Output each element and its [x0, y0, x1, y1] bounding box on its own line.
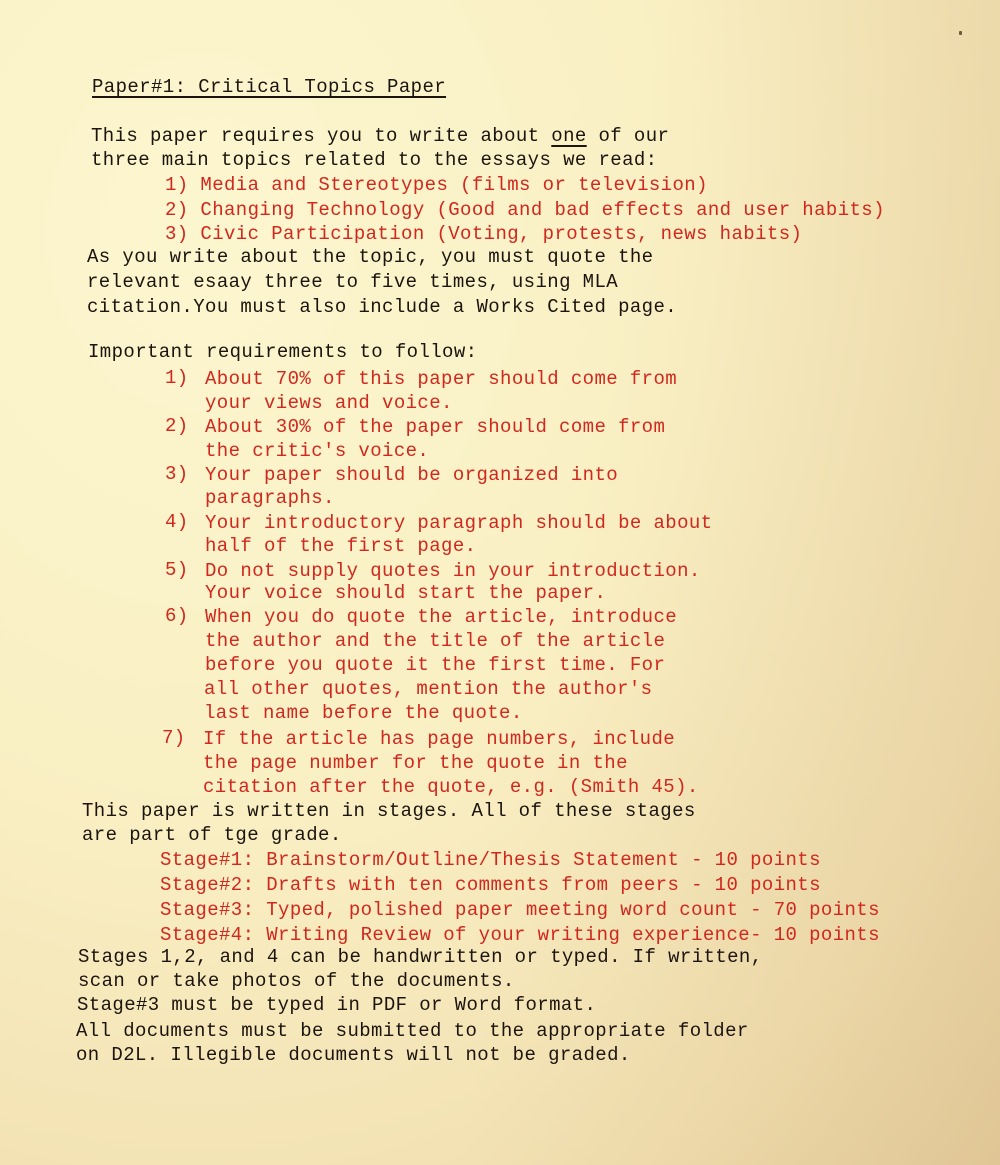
requirement-line: the critic's voice. [205, 440, 429, 462]
requirement-number: 5) [165, 559, 189, 581]
requirement-number: 3) [165, 463, 189, 485]
topic-item: 3) Civic Participation (Voting, protests… [165, 223, 802, 245]
stages-intro-line: are part of tge grade. [82, 824, 342, 846]
requirement-line: your views and voice. [205, 392, 453, 414]
requirements-heading: Important requirements to follow: [88, 341, 477, 363]
quote-paragraph-line: relevant esaay three to five times, usin… [87, 271, 618, 293]
topic-item: 1) Media and Stereotypes (films or telev… [165, 174, 708, 196]
requirement-line: half of the first page. [205, 535, 476, 557]
requirement-number: 6) [165, 605, 189, 627]
requirement-line: About 30% of the paper should come from [205, 416, 665, 438]
quote-paragraph-line: As you write about the topic, you must q… [87, 246, 654, 268]
requirement-line: Your voice should start the paper. [205, 582, 606, 604]
requirement-line: When you do quote the article, introduce [205, 606, 677, 628]
stage-item: Stage#2: Drafts with ten comments from p… [160, 874, 821, 896]
requirement-line: all other quotes, mention the author's [204, 678, 652, 700]
requirement-line: Your introductory paragraph should be ab… [205, 512, 712, 534]
requirement-number: 7) [162, 727, 186, 749]
requirement-line: the author and the title of the article [205, 630, 665, 652]
requirement-line: Do not supply quotes in your introductio… [205, 560, 701, 582]
closing-line: scan or take photos of the documents. [78, 970, 515, 992]
requirement-number: 2) [165, 415, 189, 437]
intro-text-end: of our [587, 125, 670, 147]
requirement-line: the page number for the quote in the [203, 752, 628, 774]
requirement-number: 4) [165, 511, 189, 533]
closing-line: Stages 1,2, and 4 can be handwritten or … [78, 946, 763, 968]
intro-line-2: three main topics related to the essays … [91, 149, 658, 171]
closing-line: All documents must be submitted to the a… [76, 1020, 749, 1042]
stage-item: Stage#1: Brainstorm/Outline/Thesis State… [160, 849, 821, 871]
quote-paragraph-line: citation.You must also include a Works C… [87, 296, 677, 318]
document-title: Paper#1: Critical Topics Paper [92, 76, 446, 98]
topic-item: 2) Changing Technology (Good and bad eff… [165, 199, 885, 221]
intro-line-1: This paper requires you to write about o… [91, 125, 669, 147]
intro-emphasis-one: one [551, 125, 586, 147]
requirement-line: paragraphs. [205, 487, 335, 509]
closing-line: on D2L. Illegible documents will not be … [76, 1044, 631, 1066]
requirement-line: Your paper should be organized into [205, 464, 618, 486]
requirement-line: last name before the quote. [204, 702, 523, 724]
requirement-line: citation after the quote, e.g. (Smith 45… [203, 776, 699, 798]
intro-text: This paper requires you to write about [91, 125, 551, 147]
stages-intro-line: This paper is written in stages. All of … [82, 800, 696, 822]
requirement-line: before you quote it the first time. For [205, 654, 665, 676]
requirement-line: About 70% of this paper should come from [205, 368, 677, 390]
closing-line: Stage#3 must be typed in PDF or Word for… [77, 994, 596, 1016]
requirement-number: 1) [165, 367, 189, 389]
requirement-line: If the article has page numbers, include [203, 728, 675, 750]
stage-item: Stage#3: Typed, polished paper meeting w… [160, 899, 880, 921]
paper-speck [959, 31, 962, 35]
stage-item: Stage#4: Writing Review of your writing … [160, 924, 880, 946]
